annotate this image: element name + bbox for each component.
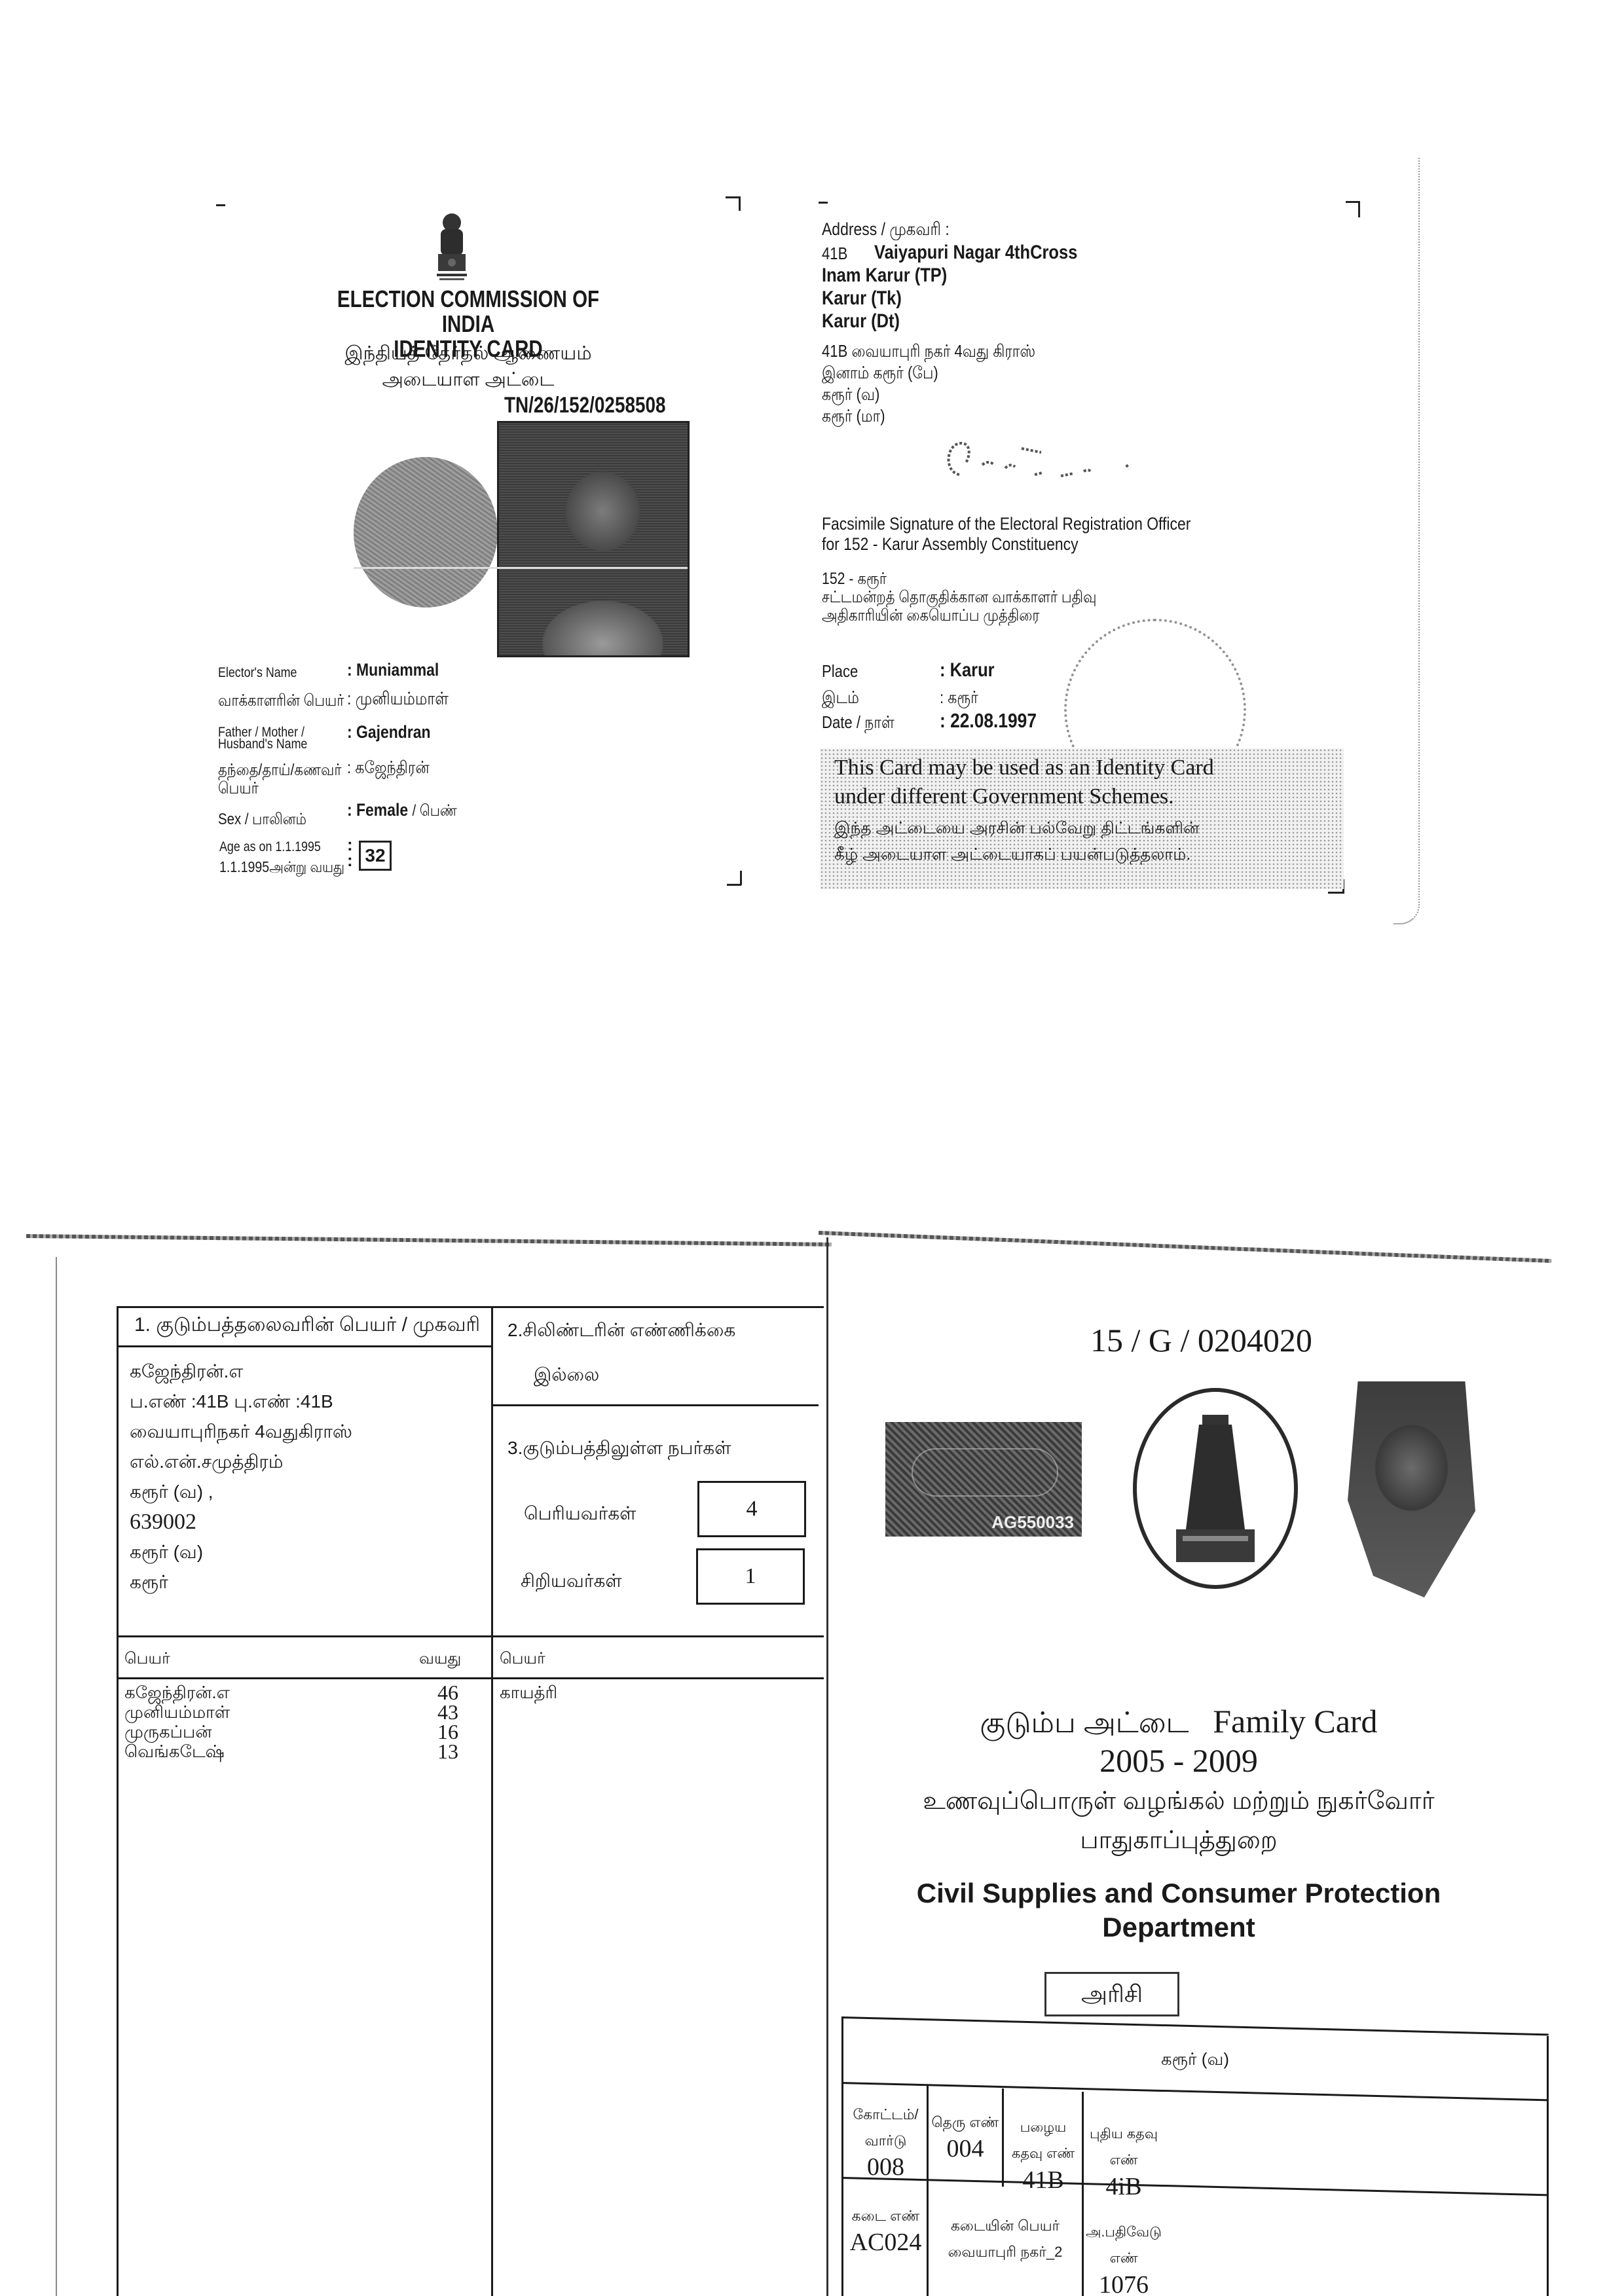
shop-name-cell: கடையின் பெயர் வையாபுரி நகர்_2 <box>929 2213 1082 2265</box>
adults-count: 4 <box>697 1481 806 1537</box>
hologram-seal <box>354 457 498 608</box>
dept-english-2: Department <box>851 1912 1506 1943</box>
sex-label: Sex / பாலினம் <box>218 812 306 828</box>
place-value-ta: : கரூர் <box>940 687 978 708</box>
usage-notice: This Card may be used as an Identity Car… <box>820 748 1344 889</box>
fold-line <box>354 567 688 569</box>
dept-tamil-2: பாதுகாப்புத்துறை <box>851 1827 1506 1858</box>
age-colon: :: <box>347 837 353 868</box>
old-door-cell: பழைய கதவு எண் 41B <box>1004 2115 1082 2193</box>
age-label: Age as on 1.1.1995 <box>219 839 321 855</box>
age-label-ta: 1.1.1995அன்று வயது <box>219 859 344 875</box>
place-value: : Karur <box>940 660 995 680</box>
page-fold <box>826 1237 828 2296</box>
table-row: முனியம்மாள்43 <box>124 1702 485 1722</box>
signature-icon <box>930 435 1153 488</box>
shop-no-cell: கடை எண் AC024 <box>845 2203 927 2255</box>
card-type-badge: அரிசி <box>1044 1972 1179 2016</box>
section1-header: 1. குடும்பத்தலைவரின் பெயர் / முகவரி <box>134 1311 480 1339</box>
elector-name-value: : Muniammal <box>347 660 439 680</box>
elector-photo <box>497 421 690 657</box>
crop-mark <box>1358 201 1360 217</box>
ward-cell: கோட்டம்/வார்டு 008 <box>845 2102 927 2180</box>
col-header-name: பெயர் <box>124 1645 170 1673</box>
elector-name-value-ta: : முனியம்மாள் <box>347 691 449 706</box>
signature-caption-ta: 152 - கரூர் சட்டமன்றத் தொகுதிக்கான வாக்க… <box>822 570 1096 625</box>
relation-value: : Gajendran <box>347 722 431 742</box>
crop-mark <box>819 202 828 204</box>
children-label: சிறியவர்கள் <box>521 1567 622 1595</box>
sex-value: : Female / பெண் <box>347 800 457 822</box>
address-street: Vaiyapuri Nagar 4thCross <box>874 242 1077 263</box>
crop-mark <box>1328 892 1344 894</box>
col-header-name-2: பெயர் <box>500 1645 545 1673</box>
table-row: கஜேந்திரன்.எ46 <box>124 1683 485 1702</box>
torn-edge <box>819 1231 1551 1263</box>
table-row: வெங்கடேஷ்13 <box>124 1741 485 1761</box>
signature-caption: Facsimile Signature of the Electoral Reg… <box>822 514 1190 555</box>
elector-name-label-ta: வாக்காளரின் பெயர் <box>218 693 344 708</box>
street-cell: தெரு எண் 004 <box>929 2109 1002 2162</box>
torn-edge <box>26 1234 832 1247</box>
tamil-nadu-seal-icon <box>1133 1388 1298 1589</box>
section2-value: இல்லை <box>534 1360 599 1389</box>
children-count: 1 <box>696 1548 805 1605</box>
dept-tamil-1: உணவுப்பொருள் வழங்கல் மற்றும் நுகர்வோர் <box>851 1787 1506 1819</box>
card-edge <box>1393 157 1420 924</box>
col-header-age: வயது <box>419 1645 461 1673</box>
address-line2: Inam Karur (TP) <box>822 265 947 285</box>
address-line4: Karur (Dt) <box>822 311 900 331</box>
card-number: 15 / G / 0204020 <box>1090 1321 1312 1359</box>
relation-label-ta: தந்தை/தாய்/கணவர் பெயர் <box>218 761 341 797</box>
relation-value-ta: : கஜேந்திரன் <box>347 759 430 775</box>
card-title-tamil: இந்தியத் தேர்தல் ஆணையம் அடையாள அட்டை <box>275 340 661 393</box>
address-tamil: 41B வையாபுரி நகர் 4வது கிராஸ் இனாம் கரூர… <box>822 340 1035 427</box>
adults-label: பெரியவர்கள் <box>524 1499 636 1528</box>
hologram-code: AG550033 <box>991 1512 1074 1533</box>
date-label: Date / நாள் <box>822 712 895 733</box>
crop-mark <box>216 204 225 206</box>
section3-header: 3.குடும்பத்திலுள்ள நபர்கள் <box>507 1434 731 1463</box>
reg-no-cell: அ.பதிவேடு எண் 1076 <box>1084 2219 1163 2296</box>
place-label-ta: இடம் <box>822 687 859 708</box>
place-label: Place <box>822 661 858 682</box>
relation-label: Father / Mother / Husband's Name <box>218 725 307 752</box>
epic-number: TN/26/152/0258508 <box>504 393 665 418</box>
address-house-no: 41B <box>822 244 847 264</box>
table-row: காயத்ரி <box>500 1683 557 1702</box>
new-door-cell: புதிய கதவு எண் 4iB <box>1084 2121 1163 2200</box>
crop-mark <box>739 196 741 211</box>
head-address: கஜேந்திரன்.எ ப.எண் :41B பு.எண் :41B வையா… <box>130 1357 352 1597</box>
crop-mark <box>726 196 740 198</box>
address-line3: Karur (Tk) <box>822 288 902 308</box>
elector-name-label: Elector's Name <box>218 665 297 681</box>
address-label: Address / முகவரி : <box>822 219 950 240</box>
section2-header: 2.சிலிண்டரின் எண்ணிக்கை <box>507 1316 735 1345</box>
crop-mark <box>740 871 742 885</box>
crop-mark <box>727 884 741 886</box>
family-head-photo <box>1348 1381 1475 1597</box>
date-value: : 22.08.1997 <box>940 710 1037 731</box>
state-emblem-icon <box>429 211 475 289</box>
members-list: கஜேந்திரன்.எ46 முனியம்மாள்43 முருகப்பன்1… <box>124 1683 485 1761</box>
left-edge <box>56 1257 57 2296</box>
dept-english-1: Civil Supplies and Consumer Protection <box>851 1878 1506 1909</box>
table-row: முருகப்பன்16 <box>124 1722 485 1741</box>
card-validity: 2005 - 2009 <box>851 1741 1506 1779</box>
hologram-sticker: AG550033 <box>885 1422 1082 1537</box>
age-value: 32 <box>359 841 392 871</box>
taluk: கரூர் (வ) <box>841 2046 1549 2072</box>
family-card-title: குடும்ப அட்டை Family Card <box>851 1702 1506 1743</box>
